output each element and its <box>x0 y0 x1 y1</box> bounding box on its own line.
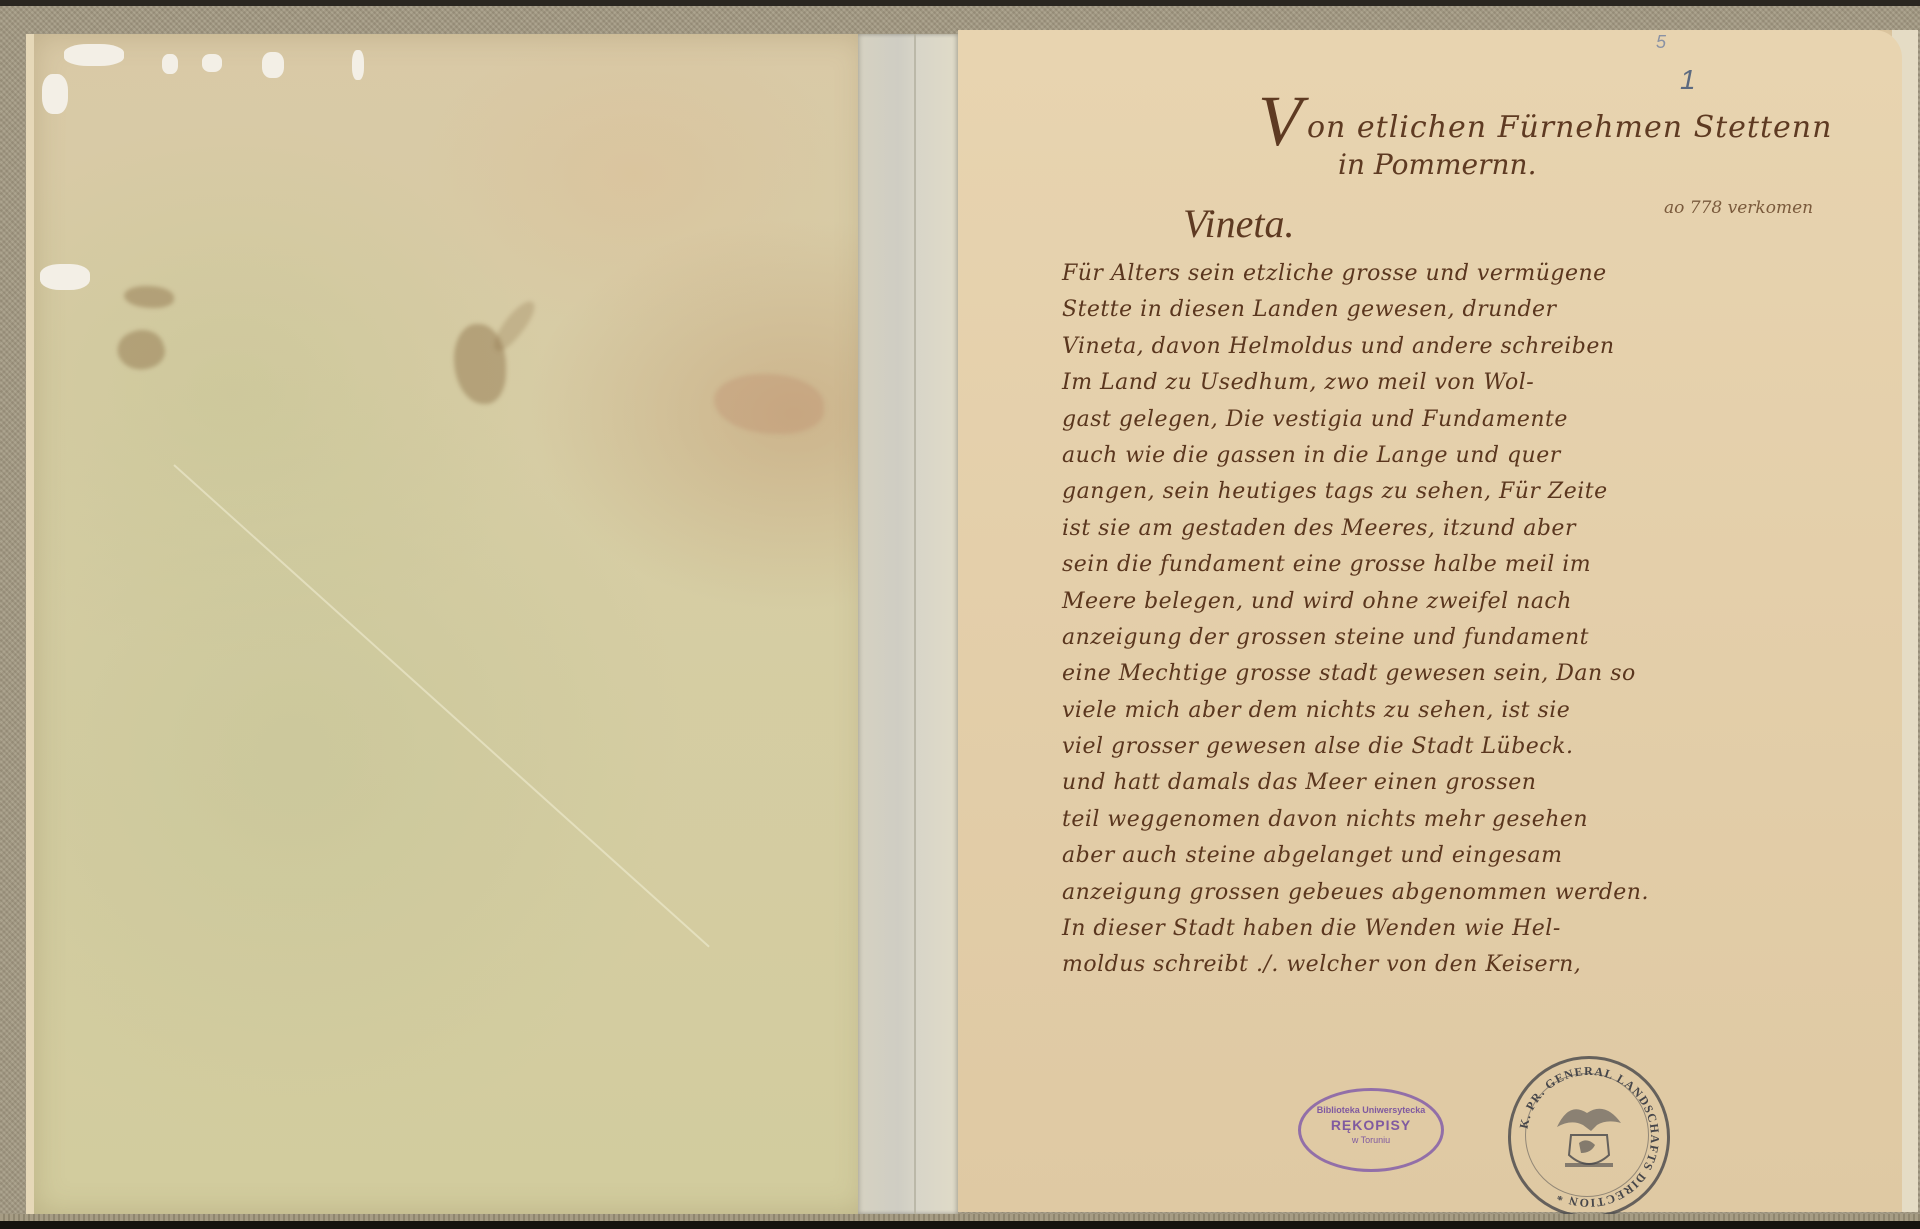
scan-bottom-edge <box>0 1221 1920 1229</box>
title-line-1-text: on etlichen Fürnehmen Stettenn <box>1307 110 1832 145</box>
text-line: sein die fundament eine grosse halbe mei… <box>1062 547 1882 583</box>
text-line: auch wie die gassen in die Lange und que… <box>1062 438 1882 474</box>
text-line: In dieser Stadt haben die Wenden wie Hel… <box>1062 911 1882 947</box>
text-line: Für Alters sein etzliche grosse und verm… <box>1062 256 1882 292</box>
paper-tear <box>352 50 364 80</box>
text-line: anzeigung grossen gebeues abgenommen wer… <box>1062 875 1882 911</box>
water-stain <box>124 286 174 308</box>
water-stain <box>714 374 824 434</box>
paper-crease <box>173 464 709 947</box>
right-page-manuscript: 5 1 Von etlichen Fürnehmen Stettenn in P… <box>958 30 1900 1212</box>
text-line: viele mich aber dem nichts zu sehen, ist… <box>1062 693 1882 729</box>
title-line-2: in Pommernn. <box>1338 148 1536 181</box>
title-initial: V <box>1258 81 1303 161</box>
manuscript-body-text: Für Alters sein etzliche grosse und verm… <box>1062 256 1882 984</box>
scan-top-edge <box>0 0 1920 6</box>
paper-tear <box>262 52 284 78</box>
spine-fold-line <box>914 34 916 1214</box>
text-line: Vineta, davon Helmoldus und andere schre… <box>1062 329 1882 365</box>
text-line: Im Land zu Usedhum, zwo meil von Wol- <box>1062 365 1882 401</box>
text-line: anzeigung der grossen steine und fundame… <box>1062 620 1882 656</box>
margin-note: ao 778 verkomen <box>1664 198 1813 218</box>
library-stamp-line-1: Biblioteka Uniwersytecka <box>1301 1105 1441 1115</box>
text-line: gast gelegen, Die vestigia und Fundament… <box>1062 402 1882 438</box>
text-line: ist sie am gestaden des Meeres, itzund a… <box>1062 511 1882 547</box>
paper-tear <box>162 54 178 74</box>
text-line: und hatt damals das Meer einen grossen <box>1062 765 1882 801</box>
library-stamp-line-3: w Toruniu <box>1301 1135 1441 1145</box>
text-line: eine Mechtige grosse stadt gewesen sein,… <box>1062 656 1882 692</box>
paper-tear <box>64 44 124 66</box>
text-line: moldus schreibt ./. welcher von den Keis… <box>1062 947 1882 983</box>
manuscript-scan: 5 1 Von etlichen Fürnehmen Stettenn in P… <box>0 0 1920 1229</box>
seal-stamp-round: K. PR. GENERAL LANDSCHAFTS DIRECTION * <box>1508 1056 1670 1218</box>
paper-tear <box>42 74 68 114</box>
text-line: Meere belegen, und wird ohne zweifel nac… <box>1062 584 1882 620</box>
paper-tear <box>40 264 90 290</box>
text-line: gangen, sein heutiges tags zu sehen, Für… <box>1062 474 1882 510</box>
text-line: viel grosser gewesen alse die Stadt Lübe… <box>1062 729 1882 765</box>
library-stamp-oval: Biblioteka Uniwersytecka RĘKOPISY w Toru… <box>1298 1088 1444 1172</box>
spine-hinge-tissue <box>858 34 958 1214</box>
text-line: aber auch steine abgelanget und eingesam <box>1062 838 1882 874</box>
text-line: Stette in diesen Landen gewesen, drunder <box>1062 292 1882 328</box>
library-stamp-line-2: RĘKOPISY <box>1301 1117 1441 1133</box>
water-stain <box>113 323 170 376</box>
folio-pencil-mark: 5 <box>1656 32 1666 53</box>
section-title-vineta: Vineta. <box>1183 200 1294 247</box>
text-line: teil weggenomen davon nichts mehr gesehe… <box>1062 802 1882 838</box>
water-stain <box>487 297 541 356</box>
eagle-griffin-emblem-icon <box>1551 1097 1627 1177</box>
left-page-blank <box>26 34 866 1214</box>
paper-tear <box>202 54 222 72</box>
